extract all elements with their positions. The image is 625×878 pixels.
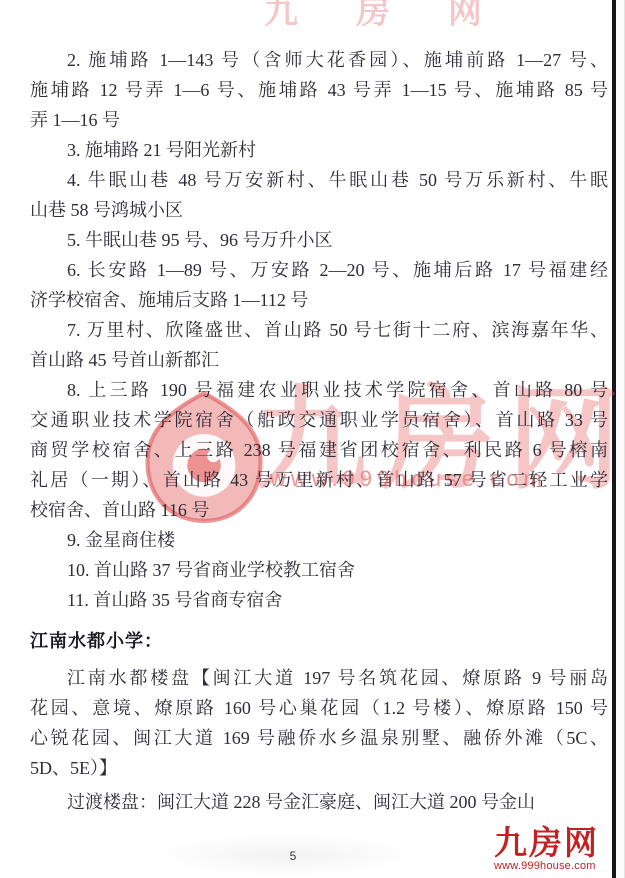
text-line: 过渡楼盘：闽江大道 228 号金汇豪庭、闽江大道 200 号金山 — [30, 787, 608, 817]
text-line: 3. 施埔路 21 号阳光新村 — [30, 135, 608, 165]
text-line: 花园、意境、燎原路 160 号心巢花园（1.2 号楼）、燎原路 150 号 — [30, 693, 608, 723]
text-line: 济学校宿舍、施埔后支路 1—112 号 — [30, 285, 608, 315]
text-line: 山巷 58 号鸿城小区 — [30, 195, 608, 225]
text-line: 施埔路 12 号弄 1—6 号、施埔路 43 号弄 1—15 号、施埔路 85 … — [30, 75, 608, 105]
text-line: 5D、5E）】 — [30, 753, 608, 783]
text-line: 心锐花园、闽江大道 169 号融侨水乡温泉别墅、融侨外滩（5C、 — [30, 723, 608, 753]
text-line: 江南水都楼盘【闽江大道 197 号名筑花园、燎原路 9 号丽岛 — [30, 663, 608, 693]
document-page: 九房网 九房网 www.999house.com 2. 施埔路 1—143 号（… — [0, 0, 625, 878]
text-line: 11. 首山路 35 号省商专宿舍 — [30, 585, 608, 615]
text-line: 商贸学校宿舍、上三路 238 号福建省团校宿舍、利民路 6 号榕南 — [30, 435, 608, 465]
text-line: 10. 首山路 37 号省商业学校教工宿舍 — [30, 555, 608, 585]
text-line: 首山路 45 号首山新都汇 — [30, 345, 608, 375]
text-line: 9. 金星商住楼 — [30, 525, 608, 555]
brand-logo-url: www.999house.com — [494, 860, 616, 873]
brand-logo-text: 九房网 — [494, 826, 616, 860]
brand-logo: 九房网 www.999house.com — [494, 826, 616, 873]
text-line: 礼居（一期）、首山路 43 号万里新村、首山路 57 号省二轻工业学 — [30, 465, 608, 495]
text-column: 2. 施埔路 1—143 号（含师大花香园）、施埔前路 1—27 号、 施埔路 … — [30, 45, 608, 817]
watermark-top: 九房网 — [264, 0, 540, 33]
text-line: 4. 牛眠山巷 48 号万安新村、牛眠山巷 50 号万乐新村、牛眠 — [30, 165, 608, 195]
text-line: 2. 施埔路 1—143 号（含师大花香园）、施埔前路 1—27 号、 — [30, 45, 608, 75]
page-edge-strip — [616, 0, 625, 878]
text-line: 8. 上三路 190 号福建农业职业技术学院宿舍、首山路 80 号 — [30, 375, 608, 405]
section-heading: 江南水都小学： — [30, 626, 608, 656]
text-line: 6. 长安路 1—89 号、万安路 2—20 号、施埔后路 17 号福建经 — [30, 255, 608, 285]
text-line: 交通职业技术学院宿舍（船政交通职业学员宿舍）、首山路 33 号 — [30, 405, 608, 435]
text-line: 校宿舍、首山路 116 号 — [30, 495, 608, 525]
text-line: 7. 万里村、欣隆盛世、首山路 50 号七街十二府、滨海嘉年华、 — [30, 315, 608, 345]
page-number: 5 — [283, 849, 303, 863]
text-line: 弄 1—16 号 — [30, 105, 608, 135]
text-line: 5. 牛眠山巷 95 号、96 号万升小区 — [30, 225, 608, 255]
